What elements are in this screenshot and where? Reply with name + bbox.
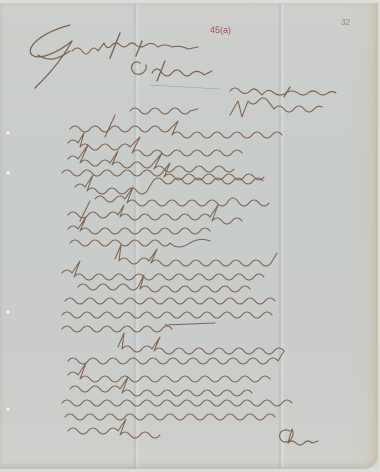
handwriting-strokes [0,3,378,469]
letter-page: 45(a) 32 [0,3,378,469]
